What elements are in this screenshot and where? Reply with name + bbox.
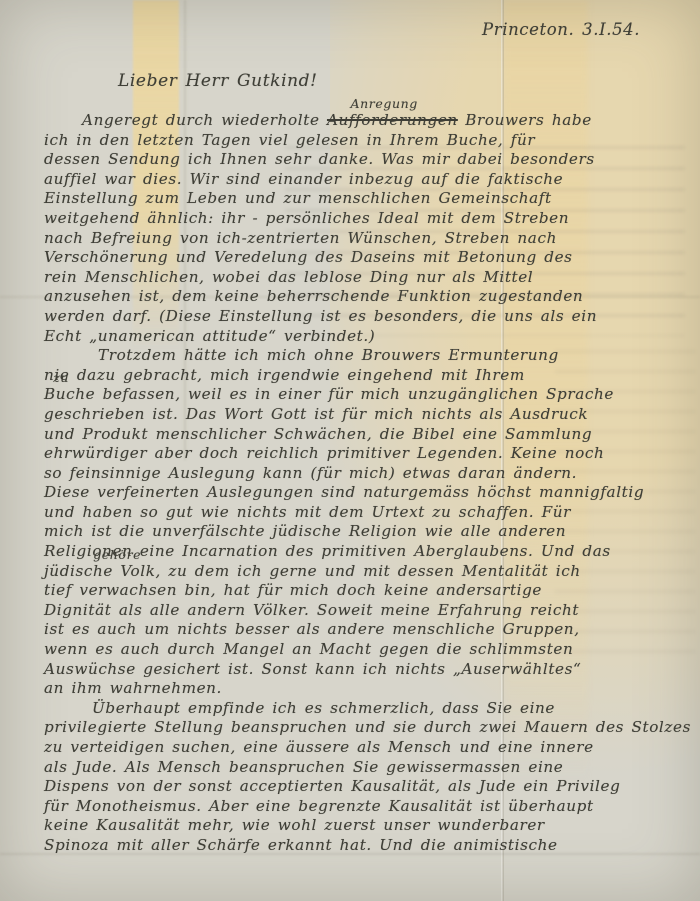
letter-line: privilegierte Stellung beanspruchen und …	[44, 718, 690, 738]
letter-text-segment: für Monotheismus. Aber eine begrenzte Ka…	[44, 797, 594, 815]
letter-text-segment: auffiel war dies. Wir sind einander inbe…	[44, 170, 563, 188]
letter-text-segment: Dispens von der sonst acceptierten Kausa…	[44, 777, 620, 795]
letter-line: weitgehend ähnlich: ihr - persönliches I…	[44, 209, 690, 229]
letter-line: Diese verfeinerten Auslegungen sind natu…	[44, 483, 690, 503]
letter-line: dessen Sendung ich Ihnen sehr danke. Was…	[44, 150, 690, 170]
letter-line: und haben so gut wie nichts mit dem Urte…	[44, 503, 690, 523]
letter-text-segment: Überhaupt empfinde ich es schmerzlich, d…	[92, 699, 555, 717]
letter-line: jüdische Volk, zu dem ich gernegehöre un…	[44, 562, 690, 582]
inserted-word-above: gehöre	[93, 549, 141, 561]
letter-text-segment: als Jude. Als Mensch beanspruchen Sie ge…	[44, 758, 563, 776]
letter-text-segment: Spinoza mit aller Schärfe erkannt hat. U…	[44, 836, 558, 854]
letter-salutation: Lieber Herr Gutkind!	[118, 71, 318, 91]
letter-text-segment: Auswüchse gesichert ist. Sonst kann ich …	[44, 660, 581, 678]
letter-line: ich in den letzten Tagen viel gelesen in…	[44, 131, 690, 151]
letter-line: an ihm wahrnehmen.	[44, 679, 690, 699]
inserted-word-above: zu	[53, 372, 69, 384]
letter-text-segment: befassen, weil es in einer für mich unzu…	[95, 385, 614, 403]
letter-text-segment: Angeregt durch wiederholte	[82, 111, 327, 129]
letter-line: für Monotheismus. Aber eine begrenzte Ka…	[44, 797, 690, 817]
letter-text-segment: wenn es auch durch Mangel an Macht gegen…	[44, 640, 573, 658]
letter-line: mich ist die unverfälschte jüdische Reli…	[44, 522, 690, 542]
letter-line: Dignität als alle andern Völker. Soweit …	[44, 601, 690, 621]
letter-line: anzusehen ist, dem keine beherrschende F…	[44, 287, 690, 307]
letter-text-segment: und Produkt menschlicher Schwächen, die …	[44, 425, 592, 443]
letter-line: Buchezu befassen, weil es in einer für m…	[44, 385, 690, 405]
letter-text-segment: weitgehend ähnlich: ihr - persönliches I…	[44, 209, 569, 227]
letter-line: Überhaupt empfinde ich es schmerzlich, d…	[44, 699, 690, 719]
letter-line: geschrieben ist. Das Wort Gott ist für m…	[44, 405, 690, 425]
letter-line: auffiel war dies. Wir sind einander inbe…	[44, 170, 690, 190]
letter-text-segment: rein Menschlichen, wobei das leblose Din…	[44, 268, 533, 286]
letter-line: zu verteidigen suchen, eine äussere als …	[44, 738, 690, 758]
letter-text-segment: Diese verfeinerten Auslegungen sind natu…	[44, 483, 644, 501]
letter-line: ist es auch um nichts besser als andere …	[44, 620, 690, 640]
letter-line: nach Befreiung von ich-zentrierten Wünsc…	[44, 229, 690, 249]
letter-text-segment: Buchezu	[44, 385, 95, 403]
letter-line: nie dazu gebracht, mich irgendwie eingeh…	[44, 366, 690, 386]
letter-text-segment: Echt „unamerican attitude“ verbindet.)	[44, 327, 375, 345]
letter-text-segment: Einstellung zum Leben und zur menschlich…	[44, 189, 552, 207]
letter-line: wenn es auch durch Mangel an Macht gegen…	[44, 640, 690, 660]
letter-text-segment: dessen Sendung ich Ihnen sehr danke. Was…	[44, 150, 595, 168]
letter-line: werden darf. (Diese Einstellung ist es b…	[44, 307, 690, 327]
letter-text-segment: Dignität als alle andern Völker. Soweit …	[44, 601, 579, 619]
letter-text-segment: Trotzdem hätte ich mich ohne Brouwers Er…	[98, 346, 559, 364]
letter-text-segment: tief verwachsen bin, hat für mich doch k…	[44, 581, 542, 599]
letter-line: Dispens von der sonst acceptierten Kausa…	[44, 777, 690, 797]
letter-text-segment: nie dazu gebracht, mich irgendwie eingeh…	[44, 366, 525, 384]
letter-line: Verschönerung und Veredelung des Daseins…	[44, 248, 690, 268]
letter-text-segment: ehrwürdiger aber doch reichlich primitiv…	[44, 444, 604, 462]
letter-text-segment: keine Kausalität mehr, wie wohl zuerst u…	[44, 816, 545, 834]
letter-text-segment: werden darf. (Diese Einstellung ist es b…	[44, 307, 597, 325]
letter-text-segment: anzusehen ist, dem keine beherrschende F…	[44, 287, 583, 305]
letter-text-segment: an ihm wahrnehmen.	[44, 679, 222, 697]
letter-line: tief verwachsen bin, hat für mich doch k…	[44, 581, 690, 601]
letter-text-segment: so feinsinnige Auslegung kann (für mich)…	[44, 464, 577, 482]
letter-line: Spinoza mit aller Schärfe erkannt hat. U…	[44, 836, 690, 856]
letter-text-segment: Brouwers habe	[458, 111, 592, 129]
letter-line: rein Menschlichen, wobei das leblose Din…	[44, 268, 690, 288]
struck-word: AufforderungenAnregung	[327, 111, 458, 129]
inserted-word-above: Anregung	[351, 98, 418, 110]
letter-text-segment: zu verteidigen suchen, eine äussere als …	[44, 738, 594, 756]
letter-text-segment: geschrieben ist. Das Wort Gott ist für m…	[44, 405, 588, 423]
letter-text-segment: ist es auch um nichts besser als andere …	[44, 620, 580, 638]
letter-text-segment: Verschönerung und Veredelung des Daseins…	[44, 248, 573, 266]
letter-text-segment: privilegierte Stellung beanspruchen und …	[44, 718, 691, 736]
letter-text-segment: und mit dessen Mentalität ich	[317, 562, 580, 580]
letter-line: keine Kausalität mehr, wie wohl zuerst u…	[44, 816, 690, 836]
letter-date: Princeton. 3.I.54.	[482, 20, 640, 39]
letter-body: Angeregt durch wiederholte Aufforderunge…	[44, 111, 690, 856]
letter-line: Auswüchse gesichert ist. Sonst kann ich …	[44, 660, 690, 680]
letter-line: so feinsinnige Auslegung kann (für mich)…	[44, 464, 690, 484]
letter-line: Echt „unamerican attitude“ verbindet.)	[44, 327, 690, 347]
letter-line: als Jude. Als Mensch beanspruchen Sie ge…	[44, 758, 690, 778]
letter-line: Trotzdem hätte ich mich ohne Brouwers Er…	[44, 346, 690, 366]
letter-text-segment: und haben so gut wie nichts mit dem Urte…	[44, 503, 571, 521]
letter-text-segment: jüdische Volk, zu dem ich gernegehöre	[44, 562, 317, 580]
letter-line: Angeregt durch wiederholte Aufforderunge…	[44, 111, 690, 131]
letter-text-segment: mich ist die unverfälschte jüdische Reli…	[44, 522, 566, 540]
letter-text-segment: ich in den letzten Tagen viel gelesen in…	[44, 131, 535, 149]
letter-text-segment: nach Befreiung von ich-zentrierten Wünsc…	[44, 229, 557, 247]
scanned-letter-screenshot: { "page": { "kind": "scanned handwritten…	[0, 0, 700, 901]
letter-line: Einstellung zum Leben und zur menschlich…	[44, 189, 690, 209]
letter-line: und Produkt menschlicher Schwächen, die …	[44, 425, 690, 445]
letter-line: ehrwürdiger aber doch reichlich primitiv…	[44, 444, 690, 464]
letter-page: Princeton. 3.I.54. Lieber Herr Gutkind! …	[0, 0, 700, 901]
